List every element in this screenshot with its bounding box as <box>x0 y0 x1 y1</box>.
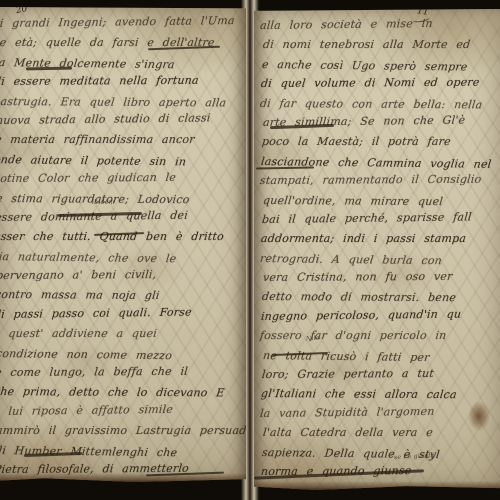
manuscript-line: notine Color che giudican le <box>0 168 246 189</box>
manuscript-photo: 20 ai grandi Ingegni; avendo fatta l'Uma… <box>0 0 500 500</box>
interline-note: Nilo <box>306 335 320 343</box>
manuscript-line: poco la Maestà; il potrà fare <box>261 132 500 151</box>
manuscript-line: nuova strada allo studio di classi <box>0 108 246 130</box>
manuscript-line: vera Cristina, non fu oso ver <box>262 266 500 287</box>
manuscript-line: le età; quelle da farsi e dell'altre <box>0 33 246 52</box>
manuscript-line: la vana Stupidità l'argomen <box>259 401 500 424</box>
manuscript-line: loro; Grazie pertanto a tut <box>261 363 500 384</box>
manuscript-line: arte simillima; Se non che Gl'è <box>262 110 500 133</box>
manuscript-line: e materia raffinandissima ancor <box>0 130 246 149</box>
manuscript-line: di essere meditata nella fortuna <box>0 71 246 92</box>
manuscript-page-left: 20 ai grandi Ingegni; avendo fatta l'Uma… <box>0 7 246 482</box>
manuscript-line: essere dominante a quella dei <box>0 205 246 227</box>
manuscript-line: esser che tutti. Quand ben è dritto <box>0 227 246 246</box>
handwriting-lines-right: alla loro società e mise indi nomi teneb… <box>260 16 500 481</box>
manuscript-line: Pietra filosofale, di ammetterlo <box>0 458 246 479</box>
manuscript-line: pervengano a' beni civili, <box>0 265 246 286</box>
manuscript-line: l'alta Catedra della vera e <box>262 423 500 442</box>
manuscript-line: ammirò il gravissimo Lastrugia persuad <box>0 421 246 440</box>
manuscript-line: a lui riposa è affatto simile <box>0 399 246 422</box>
manuscript-line: ai grandi Ingegni; avendo fatta l'Uma <box>0 11 246 34</box>
manuscript-line: di nomi tenebrosi alla Morte ed <box>262 35 500 54</box>
manuscript-line: stampati, rammentando il Consiglio <box>259 169 500 190</box>
manuscript-page-right: 11 alla loro società e mise indi nomi te… <box>254 9 500 490</box>
manuscript-line: addormenta; indi i passi stampa <box>260 229 500 248</box>
interline-note: ibidem <box>92 199 115 206</box>
manuscript-line: di passi passo coi quali. Forse <box>0 302 246 324</box>
manuscript-line: fossero far d'ogni pericolo in <box>259 326 500 345</box>
manuscript-line: a quest' addiviene a quei <box>0 324 246 343</box>
manuscript-line: e come lungo, la beffa che il <box>0 361 246 382</box>
handwriting-lines-left: ai grandi Ingegni; avendo fatta l'Umale … <box>0 14 246 479</box>
ink-strikethrough <box>146 472 224 477</box>
manuscript-line: di quel volume di Nomi ed opere <box>260 73 500 94</box>
manuscript-line: alla loro società e mise in <box>259 13 500 36</box>
manuscript-line: ingegno pericoloso, quand'in qu <box>260 304 500 327</box>
manuscript-line: bai il quale perché, sparisse fall <box>261 207 500 230</box>
